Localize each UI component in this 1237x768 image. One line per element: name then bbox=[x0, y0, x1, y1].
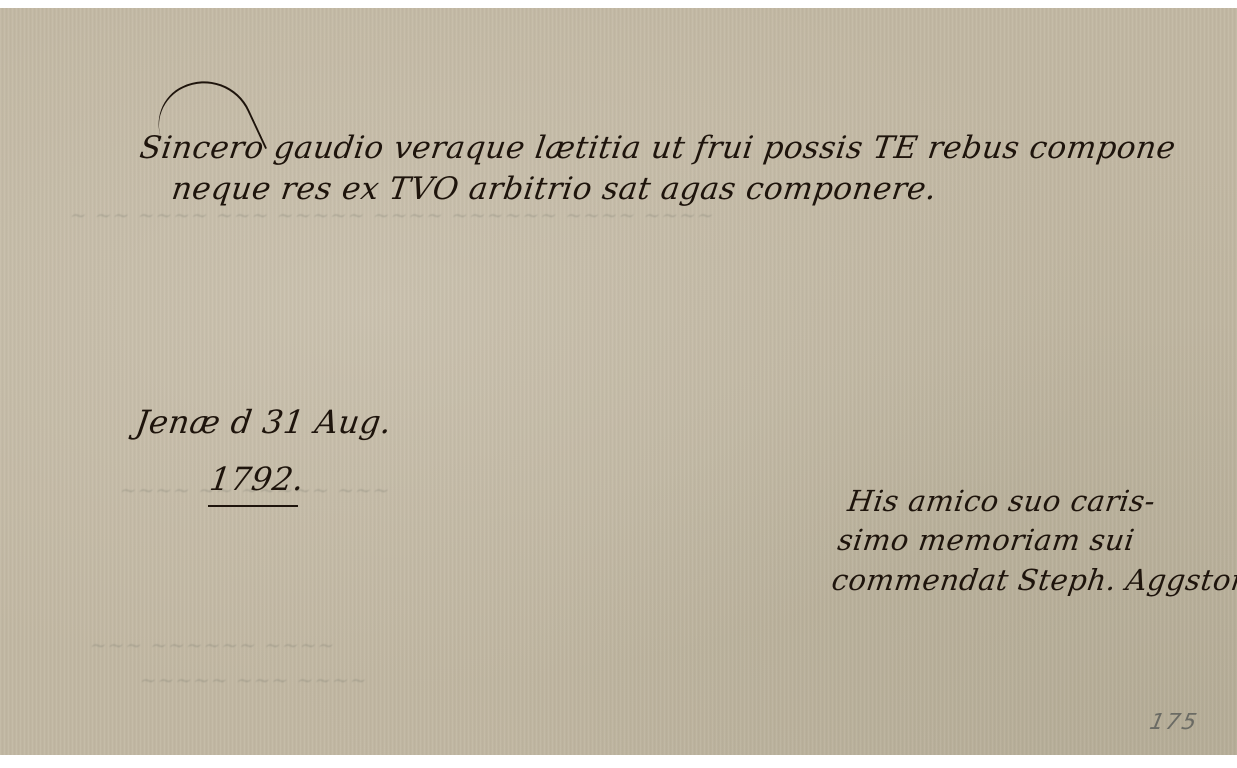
initial-flourish bbox=[145, 65, 267, 187]
bleed-through-text: ~~~ ~~~~~~ ~~~~ bbox=[88, 633, 338, 657]
motto-line-2: neque res ex TVO arbitrio sat agas compo… bbox=[169, 171, 939, 207]
year: 1792. bbox=[207, 460, 306, 498]
dedication-line-1: His amico suo caris- bbox=[846, 484, 1158, 518]
bleed-through-text: ~~~~~ ~~~ ~~~~ bbox=[138, 668, 370, 692]
dedication-line-2: simo memoriam sui bbox=[836, 523, 1137, 557]
signature-line: commendat Steph. Aggston. bbox=[830, 563, 1237, 597]
manuscript-page: ~ ~~ ~~~~ ~~~ ~~~~~ ~~~~ ~~~~~~ ~~~~ ~~~… bbox=[0, 8, 1237, 755]
year-underline bbox=[208, 505, 298, 507]
motto-line-1: Sincero gaudio veraque lætitia ut frui p… bbox=[137, 130, 1178, 166]
place-date: Jenæ d 31 Aug. bbox=[133, 403, 394, 441]
folio-number: 175 bbox=[1147, 710, 1200, 735]
